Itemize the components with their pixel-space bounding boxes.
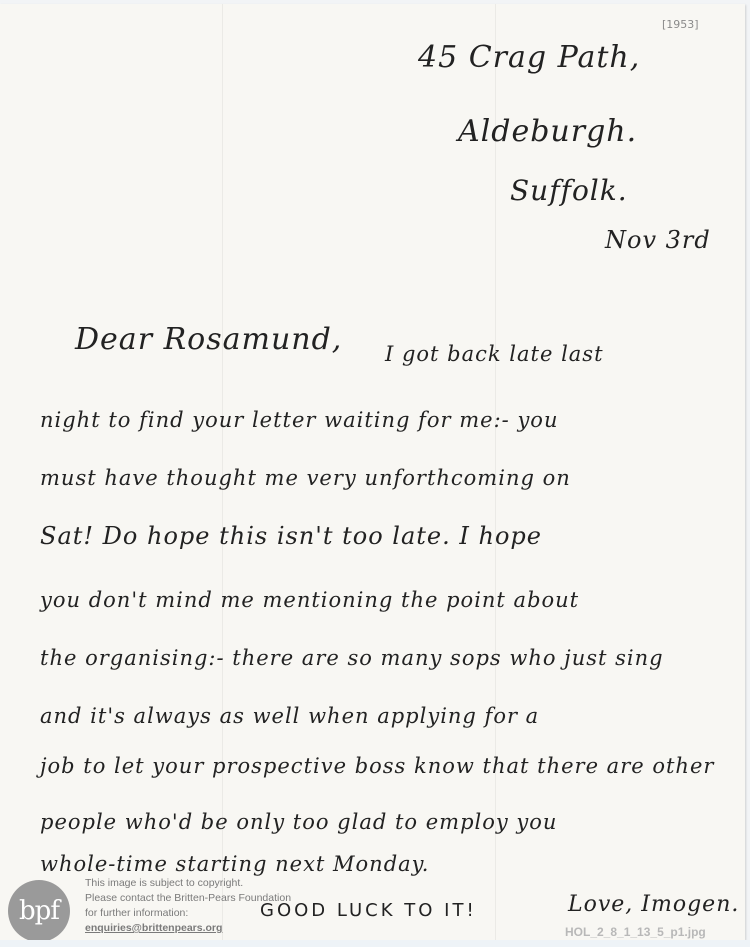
enquiries-email-link[interactable]: enquiries@brittenpears.org [85, 922, 222, 934]
copyright-notice: This image is subject to copyright. Plea… [85, 876, 291, 936]
body-line: the organising:- there are so many sops … [40, 646, 664, 670]
body-line: I got back late last [385, 342, 604, 366]
body-line: must have thought me very unforthcoming … [40, 466, 571, 490]
copyright-line-1: This image is subject to copyright. [85, 876, 291, 891]
copyright-watermark: bpf This image is subject to copyright. … [8, 876, 428, 942]
body-line: you don't mind me mentioning the point a… [40, 588, 579, 612]
bottom-strip [0, 940, 750, 947]
address-line-3: Suffolk. [510, 174, 628, 207]
copyright-line-3: for further information: [85, 906, 291, 921]
copyright-line-2: Please contact the Britten-Pears Foundat… [85, 891, 291, 906]
body-line: people who'd be only too glad to employ … [40, 810, 557, 834]
signature: Love, Imogen. [568, 892, 739, 917]
address-line-1: 45 Crag Path, [418, 40, 640, 75]
body-line: Sat! Do hope this isn't too late. I hope [40, 522, 542, 550]
bpf-logo-icon: bpf [8, 880, 70, 942]
body-line: and it's always as well when applying fo… [40, 704, 539, 728]
letter-date: Nov 3rd [605, 226, 711, 254]
archive-date-stamp: [1953] [662, 18, 699, 31]
salutation: Dear Rosamund, [75, 322, 342, 357]
address-line-2: Aldeburgh. [458, 114, 637, 149]
letter-page: [1953] 45 Crag Path, Aldeburgh. Suffolk.… [0, 4, 745, 940]
body-line: job to let your prospective boss know th… [40, 754, 714, 778]
image-filename: HOL_2_8_1_13_5_p1.jpg [565, 925, 706, 939]
body-line: night to find your letter waiting for me… [40, 408, 558, 432]
body-line: whole-time starting next Monday. [40, 852, 429, 876]
